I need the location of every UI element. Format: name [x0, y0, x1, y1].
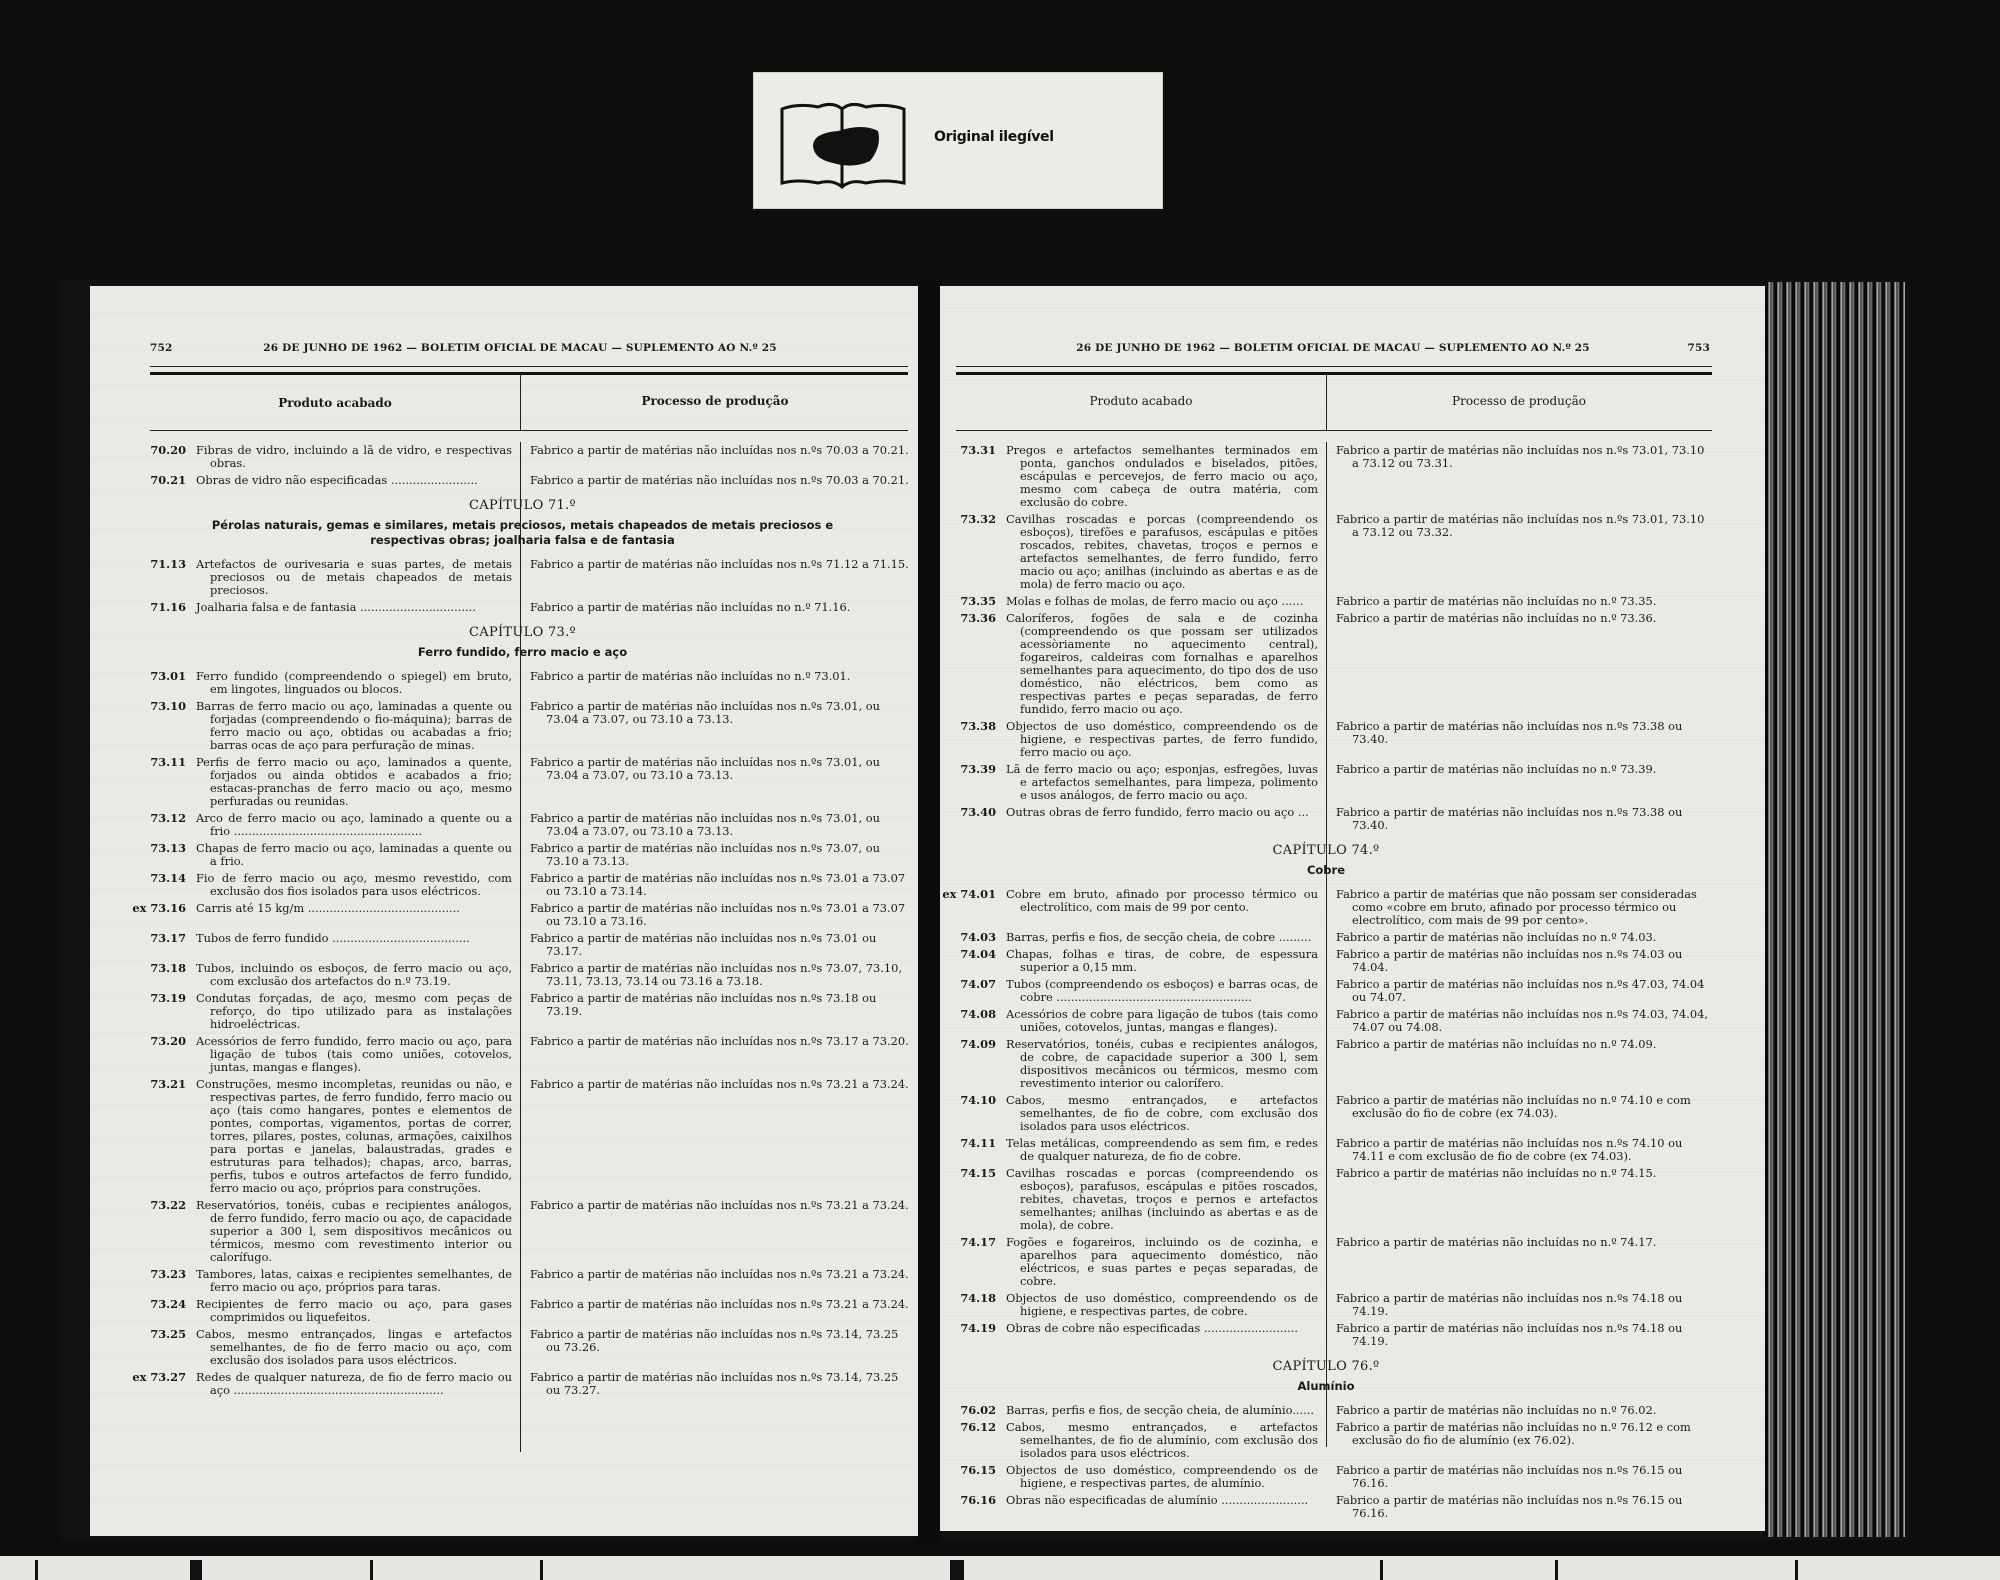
tariff-code: 76.12 — [940, 1421, 1006, 1460]
production-process: Fabrico a partir de matérias não incluíd… — [520, 962, 915, 988]
table-row: 73.14Fio de ferro macio ou aço, mesmo re… — [130, 872, 915, 898]
tariff-code: 74.11 — [940, 1137, 1006, 1163]
tariff-code: 73.32 — [940, 513, 1006, 591]
tariff-code: 74.19 — [940, 1322, 1006, 1348]
tariff-code: ex 73.27 — [130, 1371, 196, 1397]
header-rule-thick — [956, 372, 1712, 375]
production-process: Fabrico a partir de matérias não incluíd… — [1326, 806, 1712, 832]
right-page: 26 DE JUNHO DE 1962 — BOLETIM OFICIAL DE… — [940, 286, 1770, 1531]
table-row: 73.39Lã de ferro macio ou aço; esponjas,… — [940, 763, 1712, 802]
production-process: Fabrico a partir de matérias não incluíd… — [520, 812, 915, 838]
table-row: 73.32Cavilhas roscadas e porcas (compree… — [940, 513, 1712, 591]
table-row: 73.13Chapas de ferro macio ou aço, lamin… — [130, 842, 915, 868]
product-description: Tubos de ferro fundido .................… — [196, 932, 520, 958]
product-description: Cavilhas roscadas e porcas (compreendend… — [1006, 1167, 1326, 1232]
production-process: Fabrico a partir de matérias não incluíd… — [520, 670, 915, 696]
tariff-code: 73.22 — [130, 1199, 196, 1264]
production-process: Fabrico a partir de matérias não incluíd… — [520, 902, 915, 928]
table-row: 71.13Artefactos de ourivesaria e suas pa… — [130, 558, 915, 597]
production-process: Fabrico a partir de matérias não incluíd… — [1326, 1094, 1712, 1133]
production-process: Fabrico a partir de matérias não incluíd… — [520, 444, 915, 470]
table-row: 74.04Chapas, folhas e tiras, de cobre, d… — [940, 948, 1712, 974]
production-process: Fabrico a partir de matérias não incluíd… — [1326, 1038, 1712, 1090]
product-description: Cabos, mesmo entrançados, e artefactos s… — [1006, 1094, 1326, 1133]
product-description: Lã de ferro macio ou aço; esponjas, esfr… — [1006, 763, 1326, 802]
table-row: 74.09Reservatórios, tonéis, cubas e reci… — [940, 1038, 1712, 1090]
production-process: Fabrico a partir de matérias não incluíd… — [520, 932, 915, 958]
product-description: Telas metálicas, compreendendo as sem fi… — [1006, 1137, 1326, 1163]
right-running-head: 26 DE JUNHO DE 1962 — BOLETIM OFICIAL DE… — [956, 342, 1710, 362]
product-description: Carris até 15 kg/m .....................… — [196, 902, 520, 928]
product-description: Fibras de vidro, incluindo a lã de vidro… — [196, 444, 520, 470]
tariff-code: 73.18 — [130, 962, 196, 988]
header-rule-thick — [150, 372, 908, 375]
product-description: Cobre em bruto, afinado por processo tér… — [1006, 888, 1326, 927]
table-row: 76.15Objectos de uso doméstico, compreen… — [940, 1464, 1712, 1490]
product-description: Construções, mesmo incompletas, reunidas… — [196, 1078, 520, 1195]
tariff-code: 73.12 — [130, 812, 196, 838]
tariff-code: 73.31 — [940, 444, 1006, 509]
tariff-code: 73.36 — [940, 612, 1006, 716]
product-description: Ferro fundido (compreendendo o spiegel) … — [196, 670, 520, 696]
left-entries: 70.20Fibras de vidro, incluindo a lã de … — [130, 444, 915, 1401]
product-description: Cabos, mesmo entrançados, lingas e artef… — [196, 1328, 520, 1367]
right-page-number: 753 — [1687, 342, 1710, 354]
tariff-code: 73.17 — [130, 932, 196, 958]
tariff-code: 73.23 — [130, 1268, 196, 1294]
left-running-head: 752 26 DE JUNHO DE 1962 — BOLETIM OFICIA… — [150, 342, 890, 362]
table-row: ex 73.16Carris até 15 kg/m .............… — [130, 902, 915, 928]
tariff-code: 74.07 — [940, 978, 1006, 1004]
chapter-heading: CAPÍTULO 71.º — [130, 499, 915, 512]
table-row: 70.20Fibras de vidro, incluindo a lã de … — [130, 444, 915, 470]
product-description: Fogões e fogareiros, incluindo os de coz… — [1006, 1236, 1326, 1288]
product-description: Perfis de ferro macio ou aço, laminados … — [196, 756, 520, 808]
production-process: Fabrico a partir de matérias não incluíd… — [1326, 1236, 1712, 1288]
chapter-heading: CAPÍTULO 76.º — [940, 1360, 1712, 1373]
table-row: 74.03Barras, perfis e fios, de secção ch… — [940, 931, 1712, 944]
table-row: 74.11Telas metálicas, compreendendo as s… — [940, 1137, 1712, 1163]
production-process: Fabrico a partir de matérias não incluíd… — [520, 1035, 915, 1074]
col-head-process: Processo de produção — [520, 394, 910, 408]
col-head-rule — [956, 430, 1712, 431]
table-row: 73.22Reservatórios, tonéis, cubas e reci… — [130, 1199, 915, 1264]
production-process: Fabrico a partir de matérias não incluíd… — [1326, 1137, 1712, 1163]
product-description: Objectos de uso doméstico, compreendendo… — [1006, 720, 1326, 759]
production-process: Fabrico a partir de matérias não incluíd… — [1326, 1404, 1712, 1417]
production-process: Fabrico a partir de matérias não incluíd… — [1326, 1494, 1712, 1520]
table-row: 74.17Fogões e fogareiros, incluindo os d… — [940, 1236, 1712, 1288]
col-head-product: Produto acabado — [150, 396, 520, 410]
production-process: Fabrico a partir de matérias não incluíd… — [1326, 763, 1712, 802]
product-description: Barras, perfis e fios, de secção cheia, … — [1006, 1404, 1326, 1417]
product-description: Obras de vidro não especificadas .......… — [196, 474, 520, 487]
production-process: Fabrico a partir de matérias não incluíd… — [1326, 978, 1712, 1004]
tariff-code: 71.16 — [130, 601, 196, 614]
product-description: Fio de ferro macio ou aço, mesmo revesti… — [196, 872, 520, 898]
production-process: Fabrico a partir de matérias não incluíd… — [1326, 931, 1712, 944]
tariff-code: 73.24 — [130, 1298, 196, 1324]
table-row: 74.19Obras de cobre não especificadas ..… — [940, 1322, 1712, 1348]
production-process: Fabrico a partir de matérias não incluíd… — [520, 1268, 915, 1294]
table-row: 73.20Acessórios de ferro fundido, ferro … — [130, 1035, 915, 1074]
table-row: 73.24Recipientes de ferro macio ou aço, … — [130, 1298, 915, 1324]
production-process: Fabrico a partir de matérias não incluíd… — [1326, 720, 1712, 759]
tariff-code: 73.10 — [130, 700, 196, 752]
product-description: Pregos e artefactos semelhantes terminad… — [1006, 444, 1326, 509]
production-process: Fabrico a partir de matérias não incluíd… — [520, 1328, 915, 1367]
product-description: Cavilhas roscadas e porcas (compreendend… — [1006, 513, 1326, 591]
illegible-notice-label: Original ilegível — [934, 129, 1054, 145]
table-row: 73.19Condutas forçadas, de aço, mesmo co… — [130, 992, 915, 1031]
film-strip-bottom — [0, 1556, 2000, 1580]
illegible-notice-card: Original ilegível — [753, 72, 1163, 209]
product-description: Joalharia falsa e de fantasia ..........… — [196, 601, 520, 614]
production-process: Fabrico a partir de matérias não incluíd… — [1326, 1464, 1712, 1490]
product-description: Barras, perfis e fios, de secção cheia, … — [1006, 931, 1326, 944]
tariff-code: ex 74.01 — [940, 888, 1006, 927]
tariff-code: 73.13 — [130, 842, 196, 868]
production-process: Fabrico a partir de matérias não incluíd… — [1326, 948, 1712, 974]
chapter-heading: CAPÍTULO 74.º — [940, 844, 1712, 857]
table-row: 73.10Barras de ferro macio ou aço, lamin… — [130, 700, 915, 752]
production-process: Fabrico a partir de matérias não incluíd… — [520, 1298, 915, 1324]
product-description: Outras obras de ferro fundido, ferro mac… — [1006, 806, 1326, 832]
production-process: Fabrico a partir de matérias não incluíd… — [520, 1199, 915, 1264]
tariff-code: 74.10 — [940, 1094, 1006, 1133]
tariff-code: 76.02 — [940, 1404, 1006, 1417]
illegible-book-icon — [778, 101, 908, 191]
right-running-title: 26 DE JUNHO DE 1962 — BOLETIM OFICIAL DE… — [956, 342, 1710, 354]
tariff-code: 76.16 — [940, 1494, 1006, 1520]
table-row: 74.15Cavilhas roscadas e porcas (compree… — [940, 1167, 1712, 1232]
production-process: Fabrico a partir de matérias não incluíd… — [1326, 1292, 1712, 1318]
table-row: 73.35Molas e folhas de molas, de ferro m… — [940, 595, 1712, 608]
table-row: 73.25Cabos, mesmo entrançados, lingas e … — [130, 1328, 915, 1367]
table-row: 76.02Barras, perfis e fios, de secção ch… — [940, 1404, 1712, 1417]
production-process: Fabrico a partir de matérias não incluíd… — [1326, 513, 1712, 591]
table-row: 73.17Tubos de ferro fundido ............… — [130, 932, 915, 958]
header-rule — [150, 366, 908, 367]
production-process: Fabrico a partir de matérias não incluíd… — [520, 1078, 915, 1195]
table-row: 71.16Joalharia falsa e de fantasia .....… — [130, 601, 915, 614]
product-description: Redes de qualquer natureza, de fio de fe… — [196, 1371, 520, 1397]
tariff-code: 70.21 — [130, 474, 196, 487]
table-row: 73.40Outras obras de ferro fundido, ferr… — [940, 806, 1712, 832]
chapter-subtitle: Ferro fundido, ferro macio e aço — [130, 645, 915, 660]
tariff-code: 71.13 — [130, 558, 196, 597]
table-row: 73.23Tambores, latas, caixas e recipient… — [130, 1268, 915, 1294]
product-description: Arco de ferro macio ou aço, laminado a q… — [196, 812, 520, 838]
tariff-code: 73.11 — [130, 756, 196, 808]
col-head-rule — [150, 430, 908, 431]
chapter-subtitle: Cobre — [940, 863, 1712, 878]
book-gutter — [918, 280, 942, 1540]
product-description: Objectos de uso doméstico, compreendendo… — [1006, 1292, 1326, 1318]
tariff-code: 74.18 — [940, 1292, 1006, 1318]
tariff-code: 74.17 — [940, 1236, 1006, 1288]
table-row: ex 73.27Redes de qualquer natureza, de f… — [130, 1371, 915, 1397]
left-running-title: 26 DE JUNHO DE 1962 — BOLETIM OFICIAL DE… — [150, 342, 890, 354]
table-row: 73.21Construções, mesmo incompletas, reu… — [130, 1078, 915, 1195]
production-process: Fabrico a partir de matérias não incluíd… — [1326, 595, 1712, 608]
tariff-code: 73.40 — [940, 806, 1006, 832]
product-description: Chapas, folhas e tiras, de cobre, de esp… — [1006, 948, 1326, 974]
chapter-heading: CAPÍTULO 73.º — [130, 626, 915, 639]
table-row: 70.21Obras de vidro não especificadas ..… — [130, 474, 915, 487]
production-process: Fabrico a partir de matérias que não pos… — [1326, 888, 1712, 927]
table-row: 74.18Objectos de uso doméstico, compreen… — [940, 1292, 1712, 1318]
production-process: Fabrico a partir de matérias não incluíd… — [520, 992, 915, 1031]
table-row: 76.16Obras não especificadas de alumínio… — [940, 1494, 1712, 1520]
tariff-code: 73.21 — [130, 1078, 196, 1195]
production-process: Fabrico a partir de matérias não incluíd… — [520, 756, 915, 808]
tariff-code: 74.04 — [940, 948, 1006, 974]
tariff-code: ex 73.16 — [130, 902, 196, 928]
production-process: Fabrico a partir de matérias não incluíd… — [520, 872, 915, 898]
table-row: 74.08Acessórios de cobre para ligação de… — [940, 1008, 1712, 1034]
production-process: Fabrico a partir de matérias não incluíd… — [1326, 1008, 1712, 1034]
table-row: 76.12Cabos, mesmo entrançados, e artefac… — [940, 1421, 1712, 1460]
product-description: Recipientes de ferro macio ou aço, para … — [196, 1298, 520, 1324]
product-description: Chapas de ferro macio ou aço, laminadas … — [196, 842, 520, 868]
production-process: Fabrico a partir de matérias não incluíd… — [1326, 1167, 1712, 1232]
production-process: Fabrico a partir de matérias não incluíd… — [520, 700, 915, 752]
table-row: 73.38Objectos de uso doméstico, compreen… — [940, 720, 1712, 759]
product-description: Barras de ferro macio ou aço, laminadas … — [196, 700, 520, 752]
col-head-divider — [520, 374, 521, 430]
tariff-code: 73.25 — [130, 1328, 196, 1367]
product-description: Acessórios de ferro fundido, ferro macio… — [196, 1035, 520, 1074]
left-page: 752 26 DE JUNHO DE 1962 — BOLETIM OFICIA… — [90, 286, 920, 1536]
tariff-code: 70.20 — [130, 444, 196, 470]
tariff-code: 73.35 — [940, 595, 1006, 608]
production-process: Fabrico a partir de matérias não incluíd… — [520, 474, 915, 487]
product-description: Molas e folhas de molas, de ferro macio … — [1006, 595, 1326, 608]
production-process: Fabrico a partir de matérias não incluíd… — [520, 601, 915, 614]
production-process: Fabrico a partir de matérias não incluíd… — [1326, 612, 1712, 716]
col-head-process: Processo de produção — [1326, 394, 1712, 408]
tariff-code: 73.38 — [940, 720, 1006, 759]
table-row: 73.18Tubos, incluindo os esboços, de fer… — [130, 962, 915, 988]
product-description: Condutas forçadas, de aço, mesmo com peç… — [196, 992, 520, 1031]
table-row: 73.36Caloríferos, fogões de sala e de co… — [940, 612, 1712, 716]
product-description: Reservatórios, tonéis, cubas e recipient… — [196, 1199, 520, 1264]
chapter-subtitle: Pérolas naturais, gemas e similares, met… — [130, 518, 915, 548]
header-rule — [956, 366, 1712, 367]
product-description: Tubos (compreendendo os esboços) e barra… — [1006, 978, 1326, 1004]
table-row: 73.11Perfis de ferro macio ou aço, lamin… — [130, 756, 915, 808]
product-description: Tambores, latas, caixas e recipientes se… — [196, 1268, 520, 1294]
product-description: Obras de cobre não especificadas .......… — [1006, 1322, 1326, 1348]
right-entries: 73.31Pregos e artefactos semelhantes ter… — [940, 444, 1712, 1524]
product-description: Acessórios de cobre para ligação de tubo… — [1006, 1008, 1326, 1034]
product-description: Obras não especificadas de alumínio ....… — [1006, 1494, 1326, 1520]
col-head-divider — [1326, 374, 1327, 430]
chapter-subtitle: Alumínio — [940, 1379, 1712, 1394]
tariff-code: 73.39 — [940, 763, 1006, 802]
product-description: Caloríferos, fogões de sala e de cozinha… — [1006, 612, 1326, 716]
table-row: 74.10Cabos, mesmo entrançados, e artefac… — [940, 1094, 1712, 1133]
tariff-code: 73.01 — [130, 670, 196, 696]
production-process: Fabrico a partir de matérias não incluíd… — [1326, 1421, 1712, 1460]
tariff-code: 74.15 — [940, 1167, 1006, 1232]
tariff-code: 74.03 — [940, 931, 1006, 944]
tariff-code: 73.14 — [130, 872, 196, 898]
tariff-code: 76.15 — [940, 1464, 1006, 1490]
production-process: Fabrico a partir de matérias não incluíd… — [1326, 1322, 1712, 1348]
table-row: ex 74.01Cobre em bruto, afinado por proc… — [940, 888, 1712, 927]
tariff-code: 74.09 — [940, 1038, 1006, 1090]
product-description: Artefactos de ourivesaria e suas partes,… — [196, 558, 520, 597]
tariff-code: 74.08 — [940, 1008, 1006, 1034]
page-edges — [1765, 282, 1905, 1537]
product-description: Objectos de uso doméstico, compreendendo… — [1006, 1464, 1326, 1490]
production-process: Fabrico a partir de matérias não incluíd… — [520, 842, 915, 868]
table-row: 73.12Arco de ferro macio ou aço, laminad… — [130, 812, 915, 838]
production-process: Fabrico a partir de matérias não incluíd… — [1326, 444, 1712, 509]
product-description: Reservatórios, tonéis, cubas e recipient… — [1006, 1038, 1326, 1090]
product-description: Tubos, incluindo os esboços, de ferro ma… — [196, 962, 520, 988]
table-row: 74.07Tubos (compreendendo os esboços) e … — [940, 978, 1712, 1004]
product-description: Cabos, mesmo entrançados, e artefactos s… — [1006, 1421, 1326, 1460]
table-row: 73.01Ferro fundido (compreendendo o spie… — [130, 670, 915, 696]
tariff-code: 73.20 — [130, 1035, 196, 1074]
production-process: Fabrico a partir de matérias não incluíd… — [520, 1371, 915, 1397]
col-head-product: Produto acabado — [956, 394, 1326, 408]
table-row: 73.31Pregos e artefactos semelhantes ter… — [940, 444, 1712, 509]
production-process: Fabrico a partir de matérias não incluíd… — [520, 558, 915, 597]
tariff-code: 73.19 — [130, 992, 196, 1031]
